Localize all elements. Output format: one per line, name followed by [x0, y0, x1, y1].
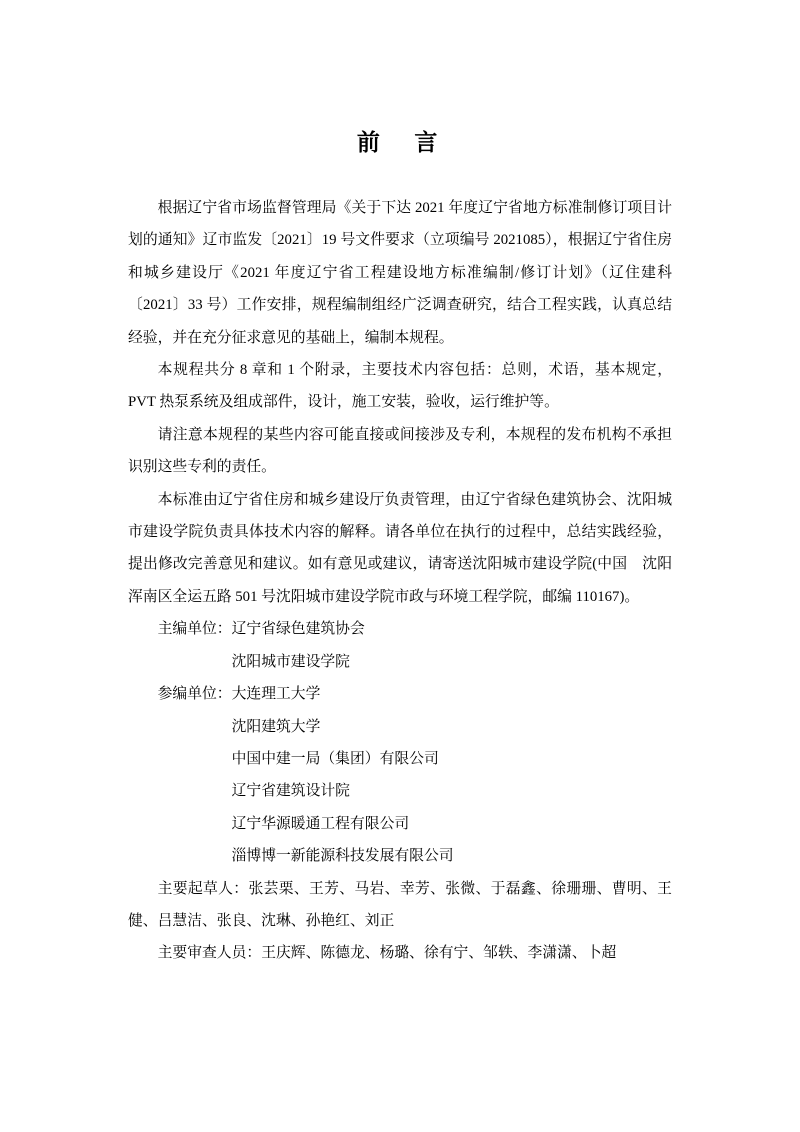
participating-editor-unit: 沈阳建筑大学: [232, 711, 672, 743]
chief-editor-section: 主编单位： 辽宁省绿色建筑协会 沈阳城市建设学院: [128, 613, 672, 678]
paragraph-basis: 根据辽宁省市场监督管理局《关于下达 2021 年度辽宁省地方标准制修订项目计划的…: [128, 192, 672, 354]
reviewers-label: 主要审查人员：: [158, 945, 262, 961]
paragraph-management-feedback: 本标准由辽宁省住房和城乡建设厅负责管理，由辽宁省绿色建筑协会、沈阳城市建设学院负…: [128, 484, 672, 614]
participating-editors-units: 大连理工大学 沈阳建筑大学 中国中建一局（集团）有限公司 辽宁省建筑设计院 辽宁…: [232, 678, 672, 872]
preface-body: 根据辽宁省市场监督管理局《关于下达 2021 年度辽宁省地方标准制修订项目计划的…: [128, 192, 672, 970]
participating-editor-unit: 中国中建一局（集团）有限公司: [232, 743, 672, 775]
document-page: 前 言 根据辽宁省市场监督管理局《关于下达 2021 年度辽宁省地方标准制修订项…: [0, 0, 800, 1132]
reviewers-names: 王庆辉、陈德龙、杨璐、徐有宁、邹轶、李潇潇、卜超: [261, 945, 616, 961]
chief-editor-unit: 沈阳城市建设学院: [232, 646, 672, 678]
reviewers-line: 主要审查人员：王庆辉、陈德龙、杨璐、徐有宁、邹轶、李潇潇、卜超: [128, 937, 672, 969]
participating-editor-unit: 大连理工大学: [232, 678, 672, 710]
drafters-line: 主要起草人：张芸栗、王芳、马岩、幸芳、张微、于磊鑫、徐珊珊、曹明、王健、吕慧洁、…: [128, 873, 672, 938]
participating-editor-unit: 辽宁华源暖通工程有限公司: [232, 808, 672, 840]
drafters-label: 主要起草人：: [158, 881, 249, 897]
participating-editor-unit: 辽宁省建筑设计院: [232, 775, 672, 807]
paragraph-contents: 本规程共分 8 章和 1 个附录，主要技术内容包括：总则，术语，基本规定，PVT…: [128, 354, 672, 419]
chief-editor-label: 主编单位：: [158, 613, 232, 645]
preface-title: 前 言: [128, 128, 672, 158]
chief-editor-units: 辽宁省绿色建筑协会 沈阳城市建设学院: [232, 613, 672, 678]
chief-editor-unit: 辽宁省绿色建筑协会: [232, 613, 672, 645]
paragraph-patent-notice: 请注意本规程的某些内容可能直接或间接涉及专利，本规程的发布机构不承担识别这些专利…: [128, 419, 672, 484]
participating-editors-label: 参编单位：: [158, 678, 232, 710]
participating-editors-section: 参编单位： 大连理工大学 沈阳建筑大学 中国中建一局（集团）有限公司 辽宁省建筑…: [128, 678, 672, 872]
participating-editor-unit: 淄博博一新能源科技发展有限公司: [232, 840, 672, 872]
